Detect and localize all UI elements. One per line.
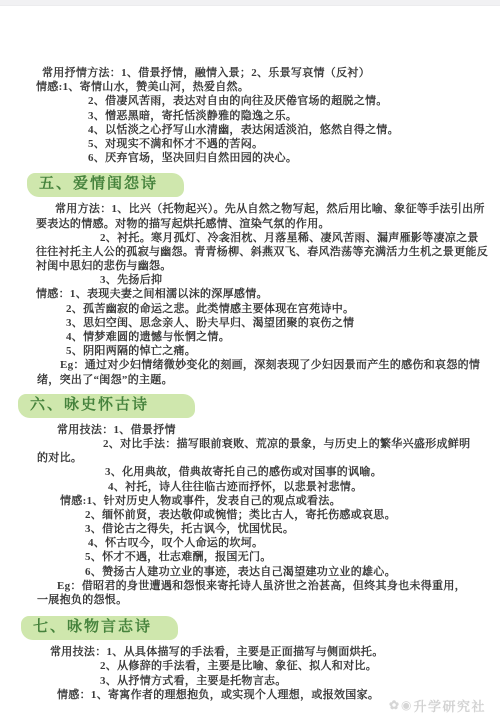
text-line: 一展抱负的怨恨。 (0, 593, 500, 607)
text-line: 情感:1、针对历史人物或事件，发表自己的观点或看法。 (0, 494, 500, 508)
text-line: 6、赞扬古人建功立业的事迹，表达自己渴望建功立业的雄心。 (0, 565, 500, 579)
logo-icon: ◉ (401, 698, 411, 713)
text-line: 5、阴阳两隔的悼亡之痛。 (0, 344, 500, 358)
text-line: 3、先扬后抑 (0, 273, 500, 287)
text-line: 2、孤苦幽寂的命运之悲。此类情感主要体现在宫苑诗中。 (0, 302, 500, 316)
text-line: 要表达的情感。对物的描写起烘托感情、渲染气氛的作用。 (0, 217, 500, 231)
text-line: Eg：借昭君的身世遭遇和怨恨来寄托诗人虽济世之治甚高，但终其身也未得重用， (0, 579, 500, 593)
text-line: 往往衬托主人公的孤寂与幽怨。青青杨柳、斜燕双飞、春风浩荡等充满活力生机之景更能反 (0, 245, 500, 259)
section-heading: 七、咏物言志诗 (21, 616, 178, 640)
text-line: 4、衬托，诗人往往临古迹而抒怀，以悲景衬悲情。 (0, 480, 500, 494)
flower-icon: ✿ (389, 698, 399, 713)
text-line: 常用技法：1、从具体描写的手法看，主要是正面描写与侧面烘托。 (0, 645, 500, 659)
text-line: 4、怀古叹今，叹个人命运的坎坷。 (0, 536, 500, 550)
text-line: 2、从修辞的手法看，主要是比喻、象征、拟人和对比。 (0, 659, 500, 673)
text-line: 情感:1、寄情山水，赞美山河，热爱自然。 (0, 80, 500, 94)
document-content: 常用抒情方法：1、借景抒情，融情入景；2、乐景写哀情（反衬）情感:1、寄情山水，… (0, 6, 500, 702)
section-heading: 五、爱情闺怨诗 (27, 173, 184, 197)
text-line: 2、衬托。寒月孤灯、冷衾泪枕、月落星稀、凄风苦雨、漏声雁影等凄凉之景 (0, 231, 500, 245)
text-line: 常用抒情方法：1、借景抒情，融情入景；2、乐景写哀情（反衬） (0, 66, 500, 80)
text-line: 情感：1、表现夫妻之间相濡以沫的深厚感情。 (0, 287, 500, 301)
section-heading-row: 五、爱情闺怨诗 (0, 165, 500, 202)
watermark: ✿ ◉ 升学研究社 (389, 696, 486, 715)
text-line: 2、借凄风苦雨，表达对自由的向往及厌倦官场的超脱之情。 (0, 94, 500, 108)
text-line: 绪，突出了“闺怨”的主题。 (0, 373, 500, 387)
document-page: 常用抒情方法：1、借景抒情，融情入景；2、乐景写哀情（反衬）情感:1、寄情山水，… (0, 0, 500, 702)
text-line: 3、从抒情方式看，主要是托物言志。 (0, 674, 500, 688)
section-heading-row: 六、咏史怀古诗 (0, 387, 500, 423)
text-line: 常用技法：1、借景抒情 (0, 423, 500, 437)
text-line: 5、怀才不遇，壮志难酬，报国无门。 (0, 550, 500, 564)
text-line: 3、憎恶黑暗，寄托恬淡静雅的隐逸之乐。 (0, 109, 500, 123)
text-line: Eg：通过对少妇情绪微妙变化的刻画，深刻表现了少妇因景而产生的感伤和哀怨的情 (0, 358, 500, 372)
section-heading: 六、咏史怀古诗 (18, 394, 195, 418)
text-line: 4、以恬淡之心抒写山水清幽，表达闲适淡泊，悠然自得之情。 (0, 123, 500, 137)
text-line: 4、情梦难圆的遗憾与怅惘之情。 (0, 330, 500, 344)
text-line: 5、对现实不满和怀才不遇的苦闷。 (0, 137, 500, 151)
text-line: 的对比。 (0, 451, 500, 465)
text-line: 3、化用典故，借典故寄托自己的感伤或对国事的讽喻。 (0, 465, 500, 479)
watermark-text: 升学研究社 (413, 696, 486, 715)
text-line: 2、对比手法：描写眼前衰败、荒凉的景象，与历史上的繁华兴盛形成鲜明 (0, 437, 500, 451)
text-line: 常用方法：1、比兴（托物起兴）。先从自然之物写起，然后用比喻、象征等手法引出所 (0, 202, 500, 216)
text-line: 6、厌弃官场，坚决回归自然田园的决心。 (0, 151, 500, 165)
text-line: 衬闺中思妇的悲伤与幽怨。 (0, 259, 500, 273)
section-heading-row: 七、咏物言志诗 (0, 607, 500, 645)
text-line: 3、借论古之得失，托古讽今，忧国忧民。 (0, 522, 500, 536)
text-line: 2、缅怀前贤，表达敬仰或惋惜；类比古人，寄托伤感或哀思。 (0, 508, 500, 522)
text-line: 3、思妇空闺、思念亲人、盼夫早归、渴望团聚的哀伤之情 (0, 316, 500, 330)
